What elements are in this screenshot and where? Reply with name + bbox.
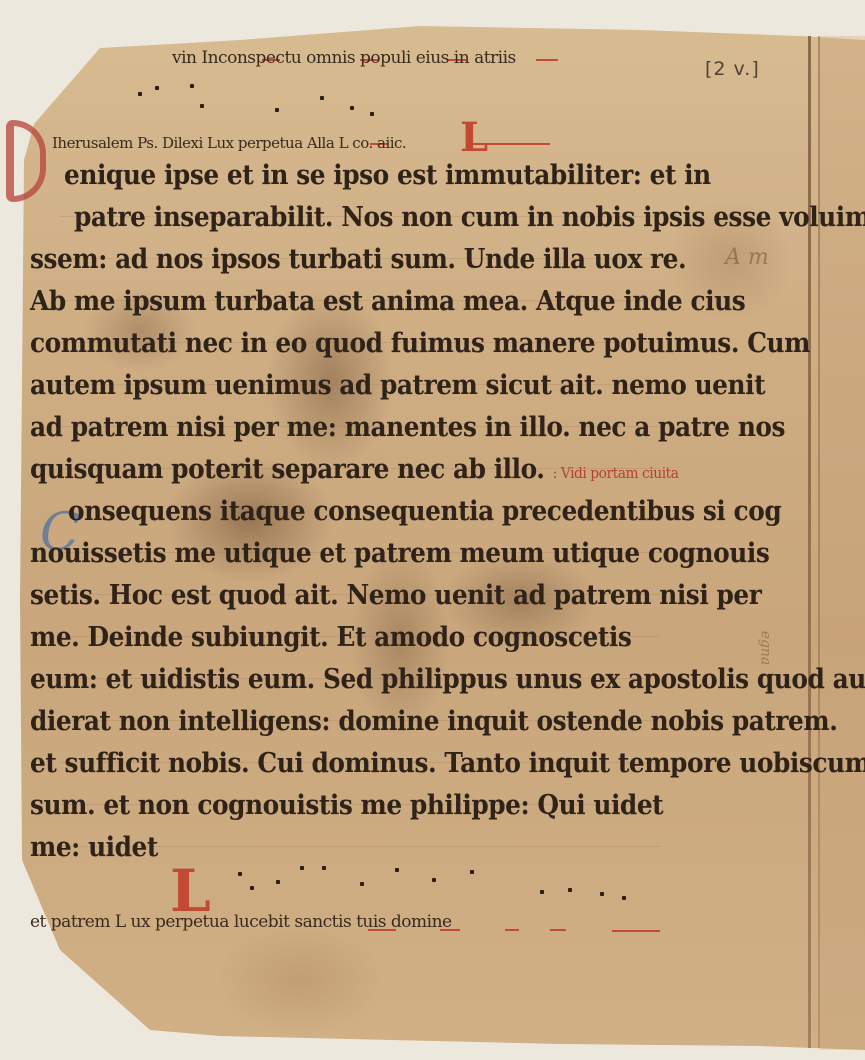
folio-number: [2 v.] xyxy=(705,58,760,80)
text-line: sum. et non cognouistis me philippe: Qui… xyxy=(30,790,663,821)
parchment-leaf xyxy=(0,0,865,1060)
neume xyxy=(275,108,279,112)
neume xyxy=(300,866,304,870)
neume xyxy=(622,896,626,900)
text-line: eum: et uidistis eum. Sed philippus unus… xyxy=(30,664,865,695)
neume xyxy=(540,890,544,894)
rubric-dash xyxy=(550,929,566,931)
marginal-scribble-vertical: egna xyxy=(757,631,773,666)
manuscript-photo: [2 v.] C L L vin Incon xyxy=(0,0,865,1060)
rubric-incipit: : Vidi portam ciuita xyxy=(553,464,679,482)
neume xyxy=(155,86,159,90)
text-line: ad patrem nisi per me: manentes in illo.… xyxy=(30,412,785,443)
text-line: Ab me ipsum turbata est anima mea. Atque… xyxy=(30,286,745,317)
neume xyxy=(238,872,242,876)
text-line: quisquam poterit separare nec ab illo. :… xyxy=(30,454,678,485)
neume xyxy=(322,866,326,870)
text-line: onsequens itaque consequentia precedenti… xyxy=(68,496,781,527)
text-line: nouissetis me utique et patrem meum utiq… xyxy=(30,538,769,569)
text-line: me: uidet xyxy=(30,832,158,863)
neume xyxy=(395,868,399,872)
text-line: autem ipsum uenimus ad patrem sicut ait.… xyxy=(30,370,765,401)
rubric-dash xyxy=(536,59,558,61)
neume xyxy=(370,112,374,116)
neume xyxy=(360,882,364,886)
text-line: ssem: ad nos ipsos turbati sum. Unde ill… xyxy=(30,244,686,275)
neume xyxy=(250,886,254,890)
neume xyxy=(276,880,280,884)
neume xyxy=(320,96,324,100)
text-line: enique ipse et in se ipso est immutabili… xyxy=(64,160,711,191)
initial-l-red-top: L xyxy=(460,118,488,158)
gutter-fold xyxy=(808,36,811,1048)
rubric-dash xyxy=(470,143,550,145)
rubric-dash xyxy=(505,929,519,931)
neume xyxy=(470,870,474,874)
text-line: patre inseparabilit. Nos non cum in nobi… xyxy=(74,202,865,233)
text-line: dierat non intelligens: domine inquit os… xyxy=(30,706,837,737)
text-line: setis. Hoc est quod ait. Nemo uenit ad p… xyxy=(30,580,761,611)
text-line-body: quisquam poterit separare nec ab illo. xyxy=(30,454,544,485)
rubric-dash xyxy=(612,930,660,932)
text-line: et sufficit nobis. Cui dominus. Tanto in… xyxy=(30,748,865,779)
neume xyxy=(432,878,436,882)
rubric-line: Iherusalem Ps. Dilexi Lux perpetua Alla … xyxy=(52,134,406,152)
neume xyxy=(350,106,354,110)
text-line: me. Deinde subiungit. Et amodo cognoscet… xyxy=(30,622,631,653)
neume xyxy=(138,92,142,96)
chant-line-top: vin Inconspectu omnis populi eius in atr… xyxy=(172,48,516,68)
neume xyxy=(200,104,204,108)
marginal-scribble: A m xyxy=(725,245,769,270)
chant-line-bottom: et patrem L ux perpetua lucebit sanctis … xyxy=(30,912,452,932)
adjacent-leaf-edge xyxy=(820,36,865,1050)
neume xyxy=(190,84,194,88)
neume xyxy=(568,888,572,892)
neume xyxy=(600,892,604,896)
gutter-fold-secondary xyxy=(818,36,820,1048)
text-line: commutati nec in eo quod fuimus manere p… xyxy=(30,328,810,359)
